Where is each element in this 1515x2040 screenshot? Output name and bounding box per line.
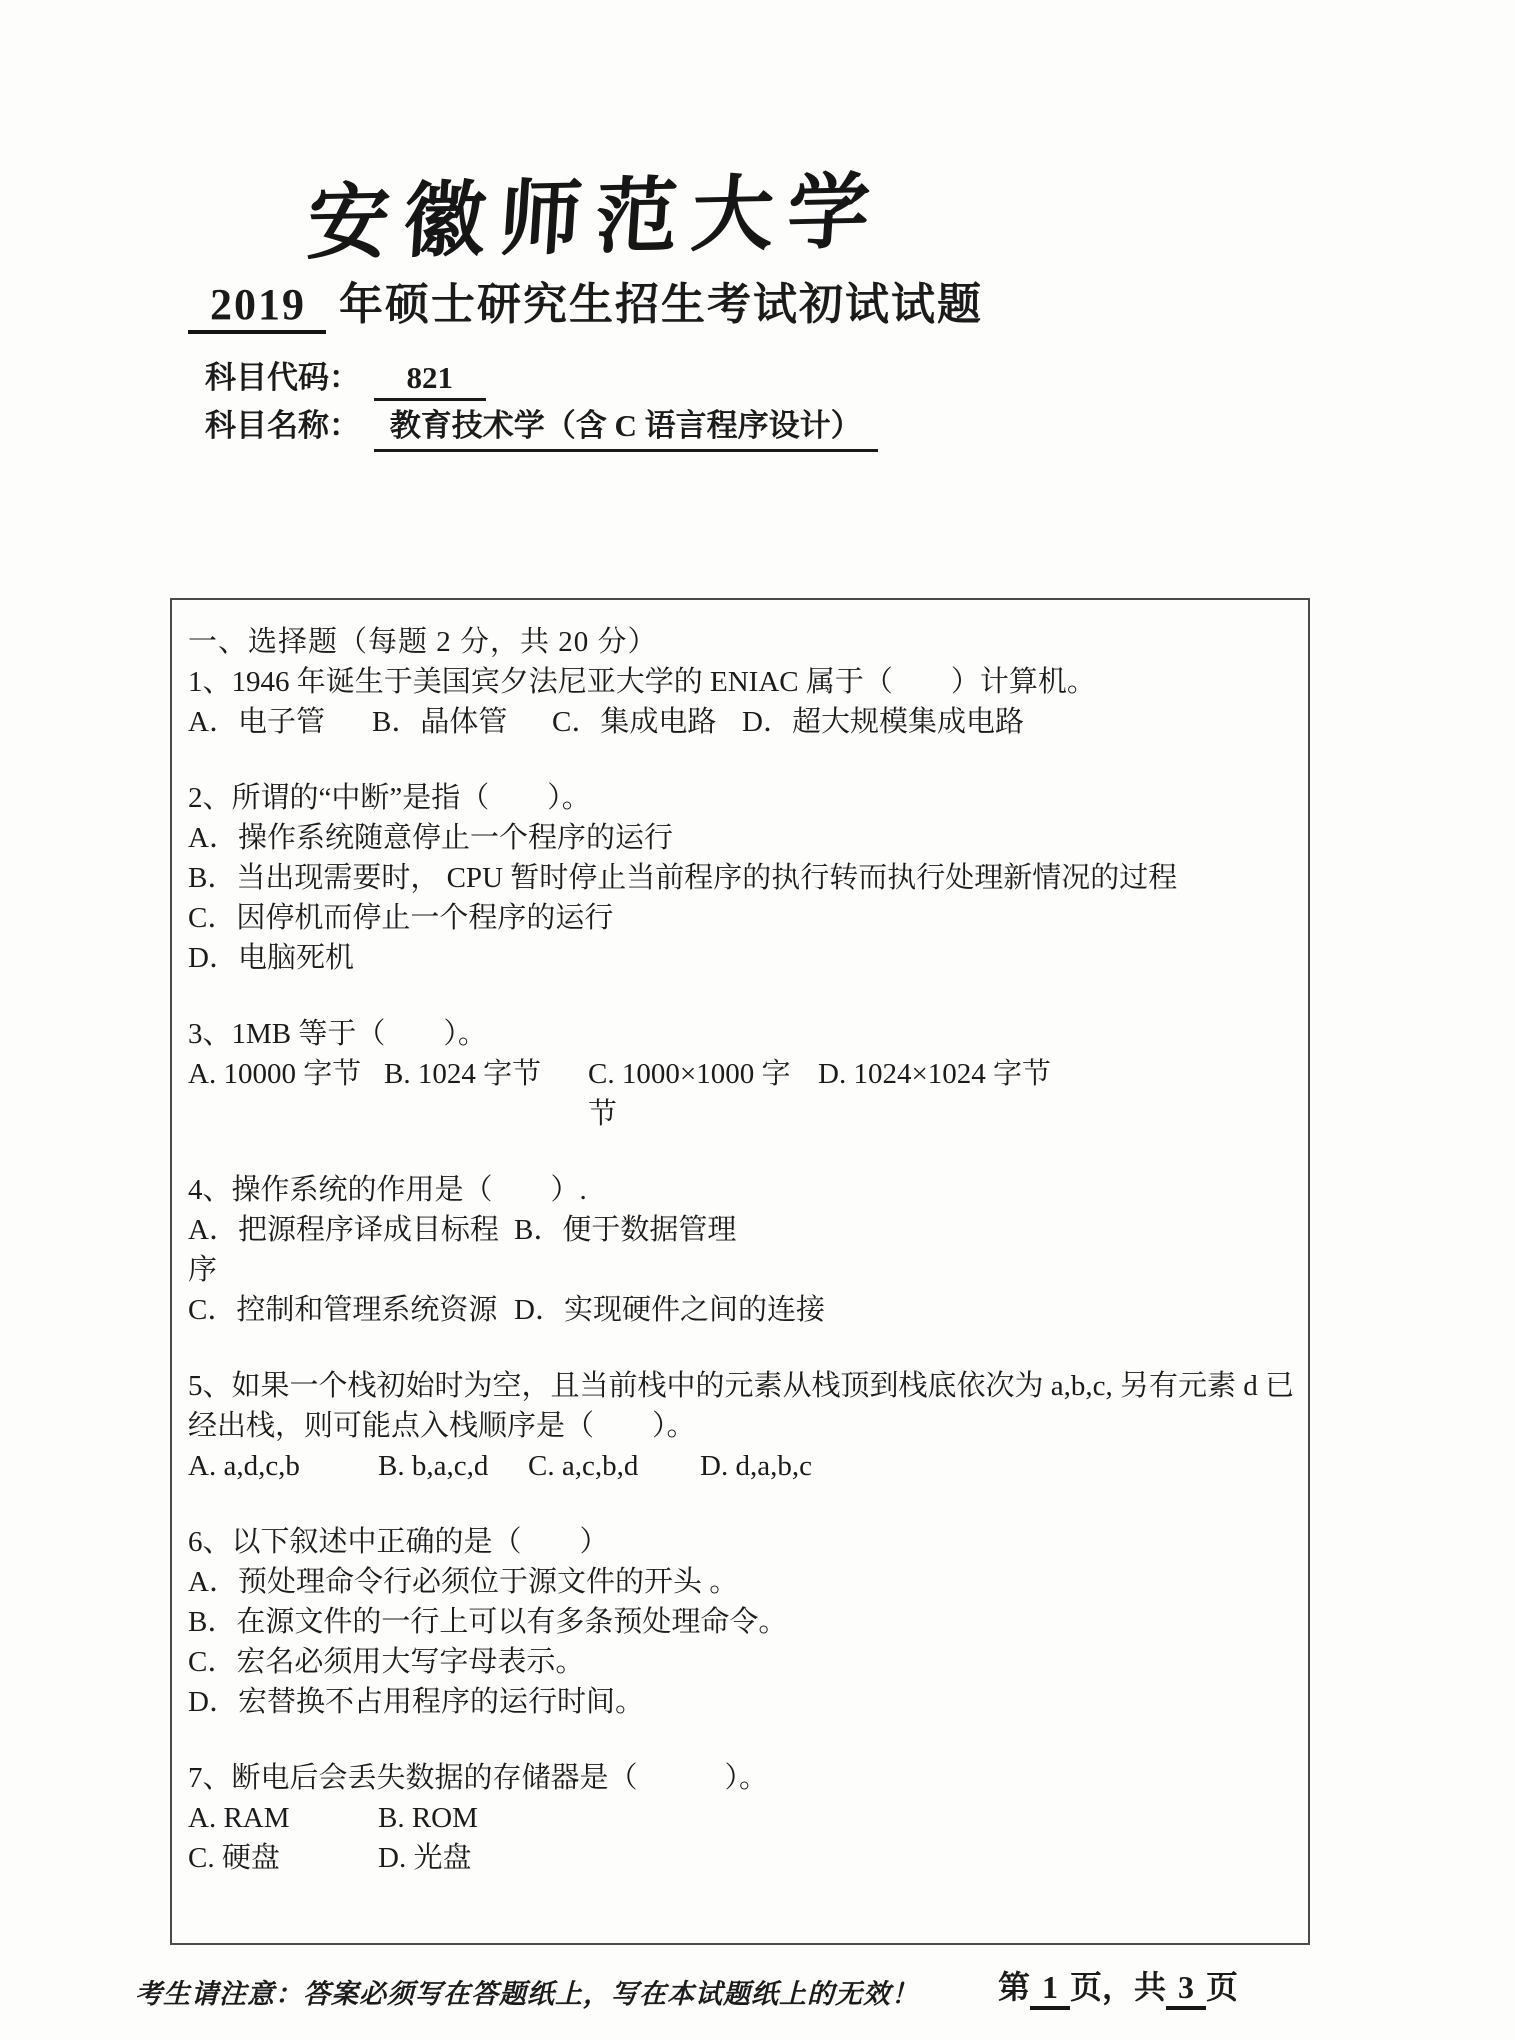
option-c: C．因停机而停止一个程序的运行 bbox=[188, 898, 1294, 938]
question-5-options: A. a,d,c,b B. b,a,c,d C. a,c,b,d D. d,a,… bbox=[188, 1446, 1294, 1486]
option-b: B．当出现需要时， CPU 暂时停止当前程序的执行转而执行处理新情况的过程 bbox=[188, 858, 1294, 898]
total-page-number: 3 bbox=[1166, 1969, 1206, 2010]
page-indicator-middle: 页，共 bbox=[1070, 1969, 1166, 2005]
subject-name-value: 教育技术学（含 C 语言程序设计） bbox=[374, 400, 878, 452]
option-b: B. ROM bbox=[378, 1798, 1294, 1838]
option-a: A．电子管 bbox=[188, 702, 372, 742]
question-5-stem: 5、如果一个栈初始时为空，且当前栈中的元素从栈顶到栈底依次为 a,b,c, 另有… bbox=[188, 1366, 1294, 1446]
question-6: 6、以下叙述中正确的是（ ） A．预处理命令行必须位于源文件的开头 。 B．在源… bbox=[188, 1522, 1294, 1722]
option-d: D．超大规模集成电路 bbox=[742, 702, 1024, 742]
subject-code-label: 科目代码： bbox=[205, 352, 360, 397]
subject-code-value: 821 bbox=[374, 360, 486, 401]
questions-panel: 一、选择题（每题 2 分，共 20 分） 1、1946 年诞生于美国宾夕法尼亚大… bbox=[170, 598, 1310, 1945]
current-page-number: 1 bbox=[1030, 1969, 1070, 2010]
option-b: B. 1024 字节 bbox=[384, 1054, 588, 1134]
option-a: A. a,d,c,b bbox=[188, 1446, 378, 1486]
option-d: D. 1024×1024 字节 bbox=[818, 1054, 1051, 1134]
option-a: A. 10000 字节 bbox=[188, 1054, 384, 1134]
option-c: C. 1000×1000 字节 bbox=[588, 1054, 818, 1134]
question-2: 2、所谓的“中断”是指（ ）。 A．操作系统随意停止一个程序的运行 B．当出现需… bbox=[188, 778, 1294, 978]
question-5: 5、如果一个栈初始时为空，且当前栈中的元素从栈顶到栈底依次为 a,b,c, 另有… bbox=[188, 1366, 1294, 1486]
university-logo: 安徽师范大学 bbox=[304, 145, 932, 275]
option-c: C．集成电路 bbox=[552, 702, 742, 742]
subject-code-row: 科目代码： 821 bbox=[205, 352, 486, 401]
question-2-options: A．操作系统随意停止一个程序的运行 B．当出现需要时， CPU 暂时停止当前程序… bbox=[188, 818, 1294, 978]
question-2-stem: 2、所谓的“中断”是指（ ）。 bbox=[188, 778, 1294, 818]
question-6-options: A．预处理命令行必须位于源文件的开头 。 B．在源文件的一行上可以有多条预处理命… bbox=[188, 1562, 1294, 1722]
option-a: A．预处理命令行必须位于源文件的开头 。 bbox=[188, 1562, 1294, 1602]
option-b: B．便于数据管理 bbox=[514, 1210, 1294, 1290]
question-1: 1、1946 年诞生于美国宾夕法尼亚大学的 ENIAC 属于（ ）计算机。 A．… bbox=[188, 662, 1294, 742]
question-4-options: A．把源程序译成目标程序 B．便于数据管理 C．控制和管理系统资源 D．实现硬件… bbox=[188, 1210, 1294, 1330]
exam-title: 2019 年硕士研究生招生考试初试试题 bbox=[188, 268, 983, 334]
page-indicator-suffix: 页 bbox=[1206, 1969, 1238, 2005]
question-3-options: A. 10000 字节 B. 1024 字节 C. 1000×1000 字节 D… bbox=[188, 1054, 1294, 1134]
question-1-stem: 1、1946 年诞生于美国宾夕法尼亚大学的 ENIAC 属于（ ）计算机。 bbox=[188, 662, 1294, 702]
question-7-stem: 7、断电后会丢失数据的存储器是（ ）。 bbox=[188, 1758, 1294, 1798]
exam-paper-page: 安徽师范大学 2019 年硕士研究生招生考试初试试题 科目代码： 821 科目名… bbox=[0, 0, 1515, 2040]
option-d: D．实现硬件之间的连接 bbox=[514, 1290, 1294, 1330]
option-d: D. 光盘 bbox=[378, 1838, 1294, 1878]
exam-title-year: 2019 bbox=[188, 279, 326, 334]
option-c: C．控制和管理系统资源 bbox=[188, 1290, 514, 1330]
question-7: 7、断电后会丢失数据的存储器是（ ）。 A. RAM B. ROM C. 硬盘 … bbox=[188, 1758, 1294, 1878]
exam-title-text: 年硕士研究生招生考试初试试题 bbox=[326, 280, 983, 329]
option-d: D．宏替换不占用程序的运行时间。 bbox=[188, 1682, 1294, 1722]
option-a: A. RAM bbox=[188, 1798, 378, 1838]
question-3: 3、1MB 等于（ ）。 A. 10000 字节 B. 1024 字节 C. 1… bbox=[188, 1014, 1294, 1134]
question-1-options: A．电子管 B．晶体管 C．集成电路 D．超大规模集成电路 bbox=[188, 702, 1294, 742]
question-4: 4、操作系统的作用是（ ）. A．把源程序译成目标程序 B．便于数据管理 C．控… bbox=[188, 1170, 1294, 1330]
question-4-stem: 4、操作系统的作用是（ ）. bbox=[188, 1170, 1294, 1210]
option-c: C. a,c,b,d bbox=[528, 1446, 700, 1486]
section-heading: 一、选择题（每题 2 分，共 20 分） bbox=[188, 622, 1294, 662]
option-b: B. b,a,c,d bbox=[378, 1446, 528, 1486]
candidate-notice: 考生请注意：答案必须写在答题纸上，写在本试题纸上的无效！ bbox=[135, 1972, 919, 2011]
question-3-stem: 3、1MB 等于（ ）。 bbox=[188, 1014, 1294, 1054]
option-b: B．在源文件的一行上可以有多条预处理命令。 bbox=[188, 1602, 1294, 1642]
subject-name-label: 科目名称： bbox=[205, 400, 360, 445]
option-b: B．晶体管 bbox=[372, 702, 552, 742]
question-7-options: A. RAM B. ROM C. 硬盘 D. 光盘 bbox=[188, 1798, 1294, 1878]
subject-name-row: 科目名称： 教育技术学（含 C 语言程序设计） bbox=[205, 400, 878, 452]
page-indicator-prefix: 第 bbox=[998, 1969, 1030, 2005]
option-a: A．把源程序译成目标程序 bbox=[188, 1210, 514, 1290]
option-c: C. 硬盘 bbox=[188, 1838, 378, 1878]
option-d: D．电脑死机 bbox=[188, 938, 1294, 978]
page-indicator: 第1页，共3页 bbox=[998, 1962, 1238, 2010]
option-a: A．操作系统随意停止一个程序的运行 bbox=[188, 818, 1294, 858]
option-d: D. d,a,b,c bbox=[700, 1446, 812, 1486]
question-6-stem: 6、以下叙述中正确的是（ ） bbox=[188, 1522, 1294, 1562]
option-c: C．宏名必须用大写字母表示。 bbox=[188, 1642, 1294, 1682]
